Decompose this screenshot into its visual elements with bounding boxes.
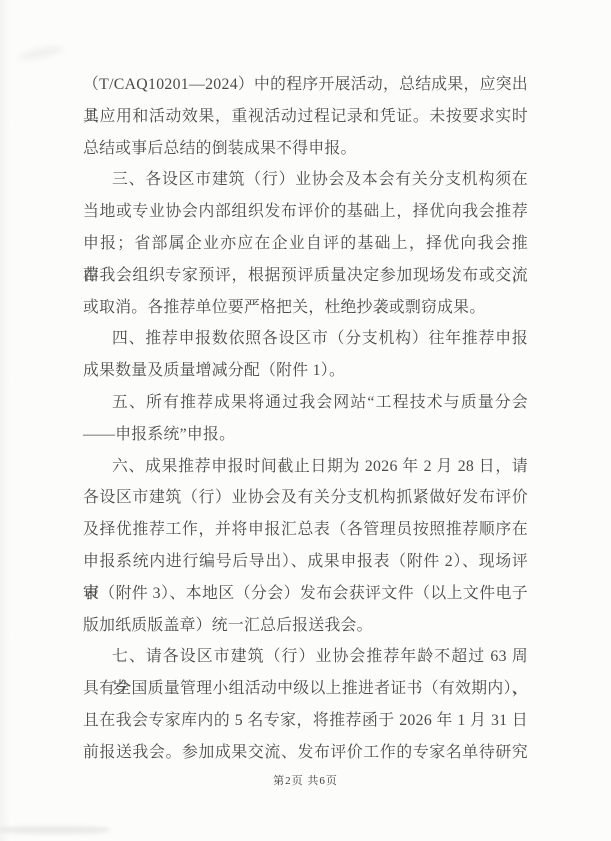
page-footer: 第2页 共6页 bbox=[0, 771, 611, 790]
text-line: 版加纸质版盖章）统一汇总后报送我会。 bbox=[83, 610, 528, 642]
text-line: 申报；省部属企业亦应在企业自评的基础上，择优向我会推荐， bbox=[83, 228, 528, 260]
text-line: 三、各设区市建筑（行）业协会及本会有关分支机构须在 bbox=[83, 164, 528, 196]
text-line: 或取消。各推荐单位要严格把关，杜绝抄袭或剽窃成果。 bbox=[83, 292, 528, 324]
document-body: （T/CAQ10201—2024）中的程序开展活动，总结成果，应突出工具应用和活… bbox=[83, 69, 528, 769]
text-line: 成果数量及质量增减分配（附件 1）。 bbox=[83, 355, 528, 387]
text-line: 表（附件 3）、本地区（分会）发布会获评文件（以上文件电子 bbox=[83, 578, 528, 610]
document-page: （T/CAQ10201—2024）中的程序开展活动，总结成果，应突出工具应用和活… bbox=[0, 0, 611, 841]
text-line: 由我会组织专家预评，根据预评质量决定参加现场发布或交流 bbox=[83, 260, 528, 292]
text-line: 四、推荐申报数依照各设区市（分支机构）往年推荐申报 bbox=[83, 323, 528, 355]
text-line: 五、所有推荐成果将通过我会网站“工程技术与质量分会 bbox=[83, 387, 528, 419]
page-number: 第2页 共6页 bbox=[273, 775, 338, 787]
text-line: 前报送我会。参加成果交流、发布评价工作的专家名单待研究 bbox=[83, 737, 528, 769]
scan-edge-shadow bbox=[0, 0, 10, 841]
text-line: 及择优推荐工作，并将申报汇总表（各管理员按照推荐顺序在 bbox=[83, 514, 528, 546]
text-line: 各设区市建筑（行）业协会及有关分支机构抓紧做好发布评价 bbox=[83, 482, 528, 514]
scan-smudge-bottom-left bbox=[0, 826, 110, 834]
text-line: 具应用和活动效果，重视活动过程记录和凭证。未按要求实时 bbox=[83, 101, 528, 133]
text-line: ——申报系统”申报。 bbox=[83, 419, 528, 451]
text-line: 六、成果推荐申报时间截止日期为 2026 年 2 月 28 日，请 bbox=[83, 451, 528, 483]
text-line: 当地或专业协会内部组织发布评价的基础上，择优向我会推荐 bbox=[83, 196, 528, 228]
text-line: 具有全国质量管理小组活动中级以上推进者证书（有效期内）， bbox=[83, 673, 528, 705]
scan-smudge-top-left bbox=[17, 43, 64, 62]
text-line: 七、请各设区市建筑（行）业协会推荐年龄不超过 63 周岁、 bbox=[83, 641, 528, 673]
text-line: 且在我会专家库内的 5 名专家，将推荐函于 2026 年 1 月 31 日 bbox=[83, 705, 528, 737]
text-line: 总结或事后总结的倒装成果不得申报。 bbox=[83, 133, 528, 165]
text-line: （T/CAQ10201—2024）中的程序开展活动，总结成果，应突出工 bbox=[83, 69, 528, 101]
text-line: 申报系统内进行编号后导出）、成果申报表（附件 2）、现场评审 bbox=[83, 546, 528, 578]
